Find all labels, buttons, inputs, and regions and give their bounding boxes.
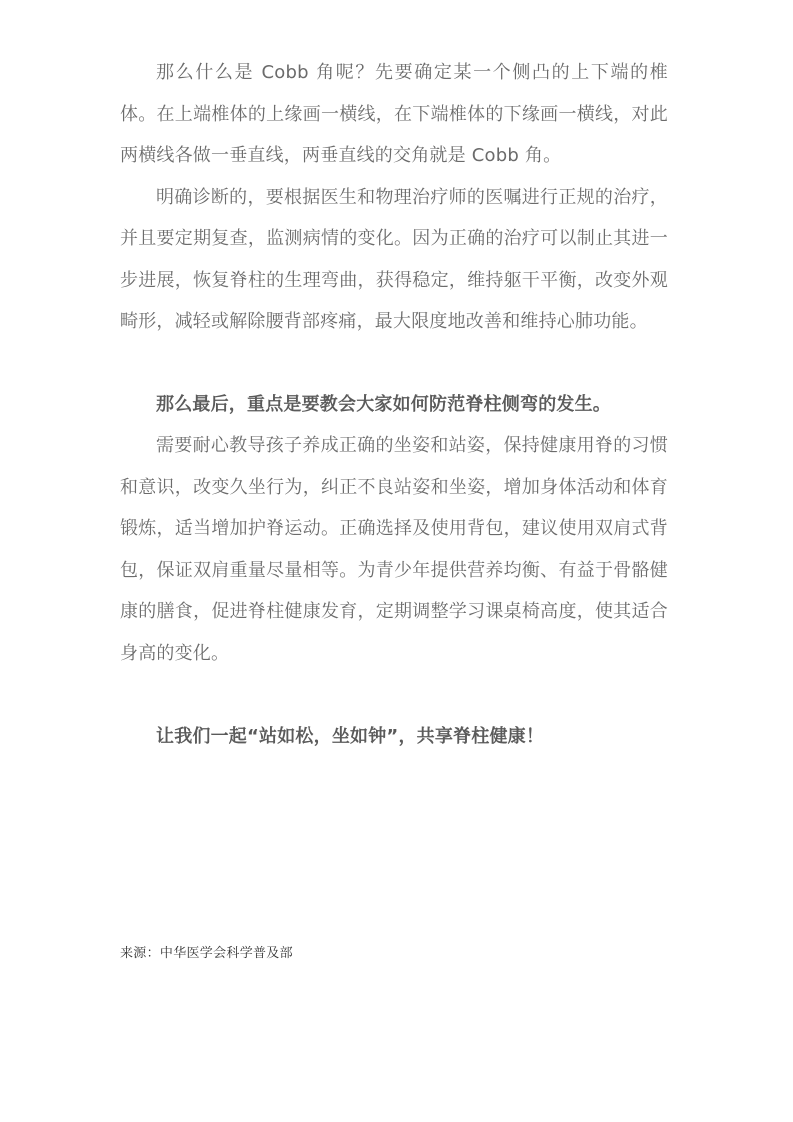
source-credit: 来源：中华医学会科学普及部 <box>120 942 293 961</box>
paragraph-treatment: 明确诊断的，要根据医生和物理治疗师的医嘱进行正规的治疗，并且要定期复查，监测病情… <box>120 177 668 343</box>
paragraph-prevention: 需要耐心教导孩子养成正确的坐姿和站姿，保持健康用脊的习惯和意识，改变久坐行为，纠… <box>120 425 668 674</box>
spacer <box>120 674 668 716</box>
document-body: 那么什么是 Cobb 角呢？先要确定某一个侧凸的上下端的椎体。在上端椎体的上缘画… <box>120 52 668 758</box>
paragraph-cobb-angle: 那么什么是 Cobb 角呢？先要确定某一个侧凸的上下端的椎体。在上端椎体的上缘画… <box>120 52 668 177</box>
heading-prevention: 那么最后，重点是要教会大家如何防范脊柱侧弯的发生。 <box>120 384 668 426</box>
slogan: 让我们一起“站如松，坐如钟”，共享脊柱健康！ <box>120 716 668 758</box>
spacer <box>120 343 668 384</box>
